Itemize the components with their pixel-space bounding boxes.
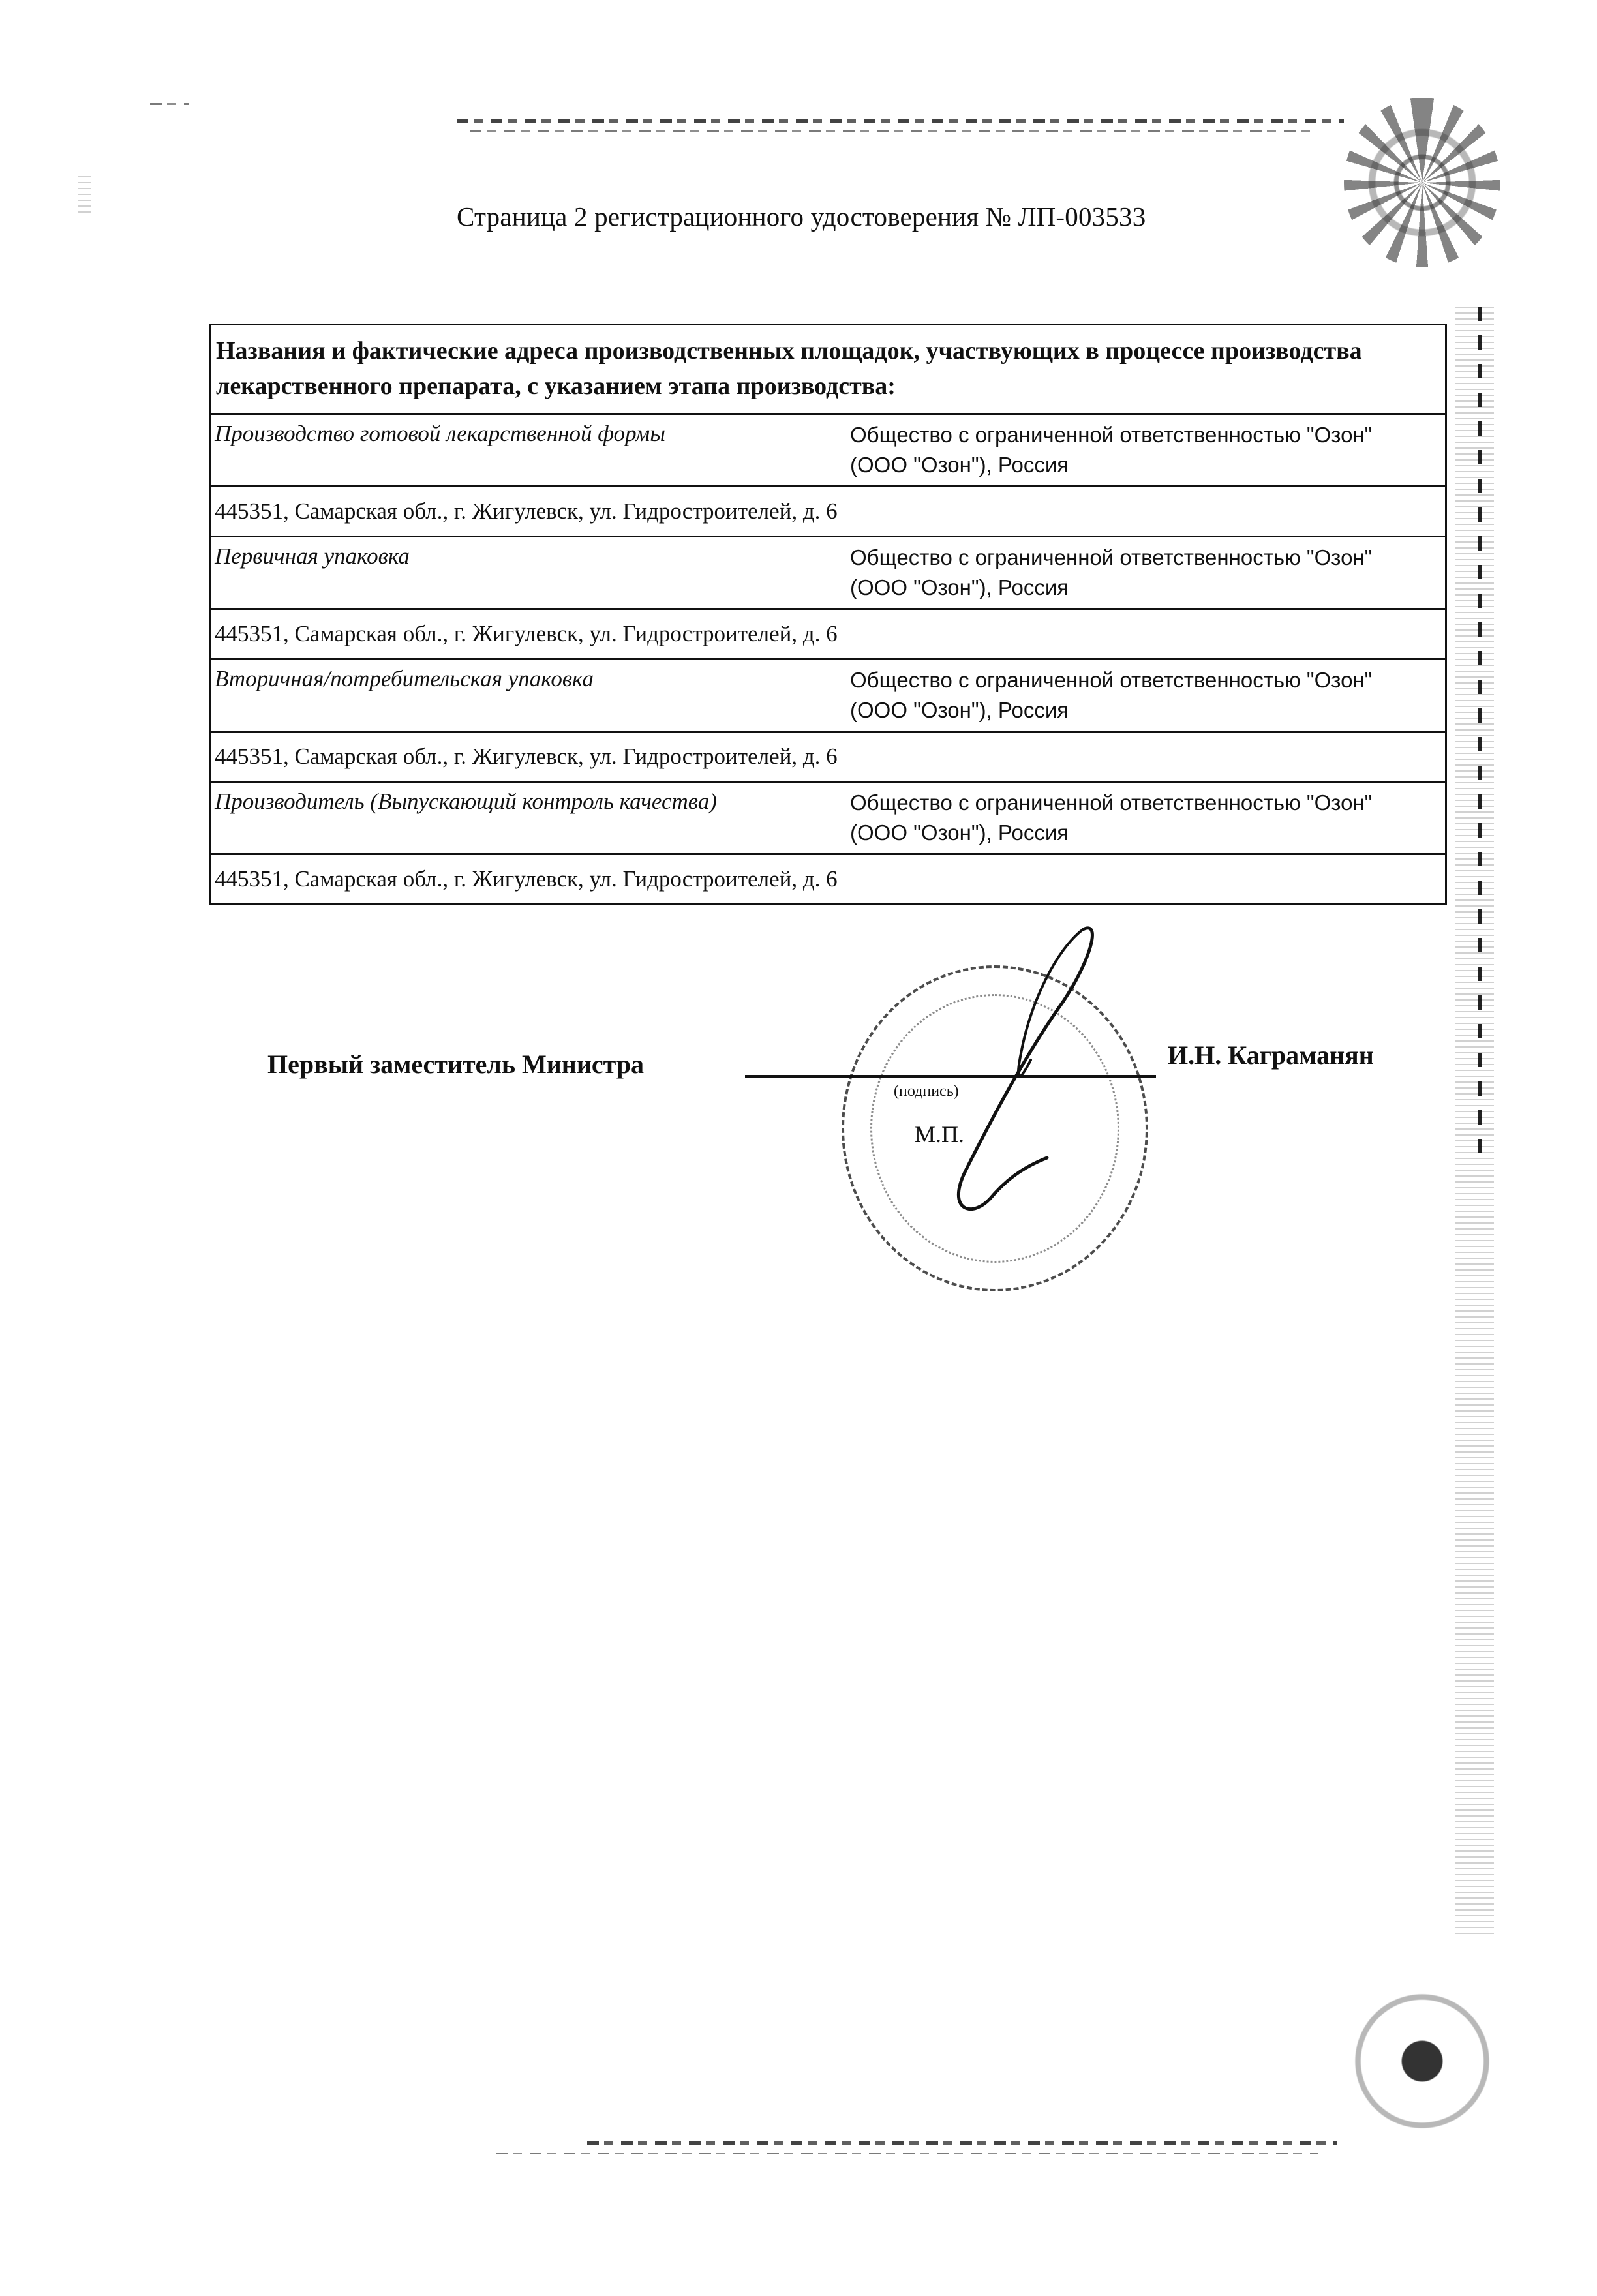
- stage-label: Производитель (Выпускающий контроль каче…: [210, 782, 848, 854]
- company-name: Общество с ограниченной ответственностью…: [850, 665, 1440, 695]
- company-short-name: (ООО "Озон"), Россия: [850, 573, 1440, 603]
- site-address: 445351, Самарская обл., г. Жигулевск, ул…: [210, 732, 1446, 782]
- table-row-address: 445351, Самарская обл., г. Жигулевск, ул…: [210, 732, 1446, 782]
- stage-label: Производство готовой лекарственной формы: [210, 414, 848, 487]
- stage-label: Первичная упаковка: [210, 537, 848, 609]
- signatory-position: Первый заместитель Министра: [267, 1049, 644, 1080]
- company-name: Общество с ограниченной ответственностью…: [850, 543, 1440, 573]
- table-row-address: 445351, Самарская обл., г. Жигулевск, ул…: [210, 609, 1446, 659]
- site-address: 445351, Самарская обл., г. Жигулевск, ул…: [210, 854, 1446, 905]
- table-row-stage: Первичная упаковка Общество с ограниченн…: [210, 537, 1446, 609]
- company-name: Общество с ограниченной ответственностью…: [850, 788, 1440, 818]
- stage-label: Вторичная/потребительская упаковка: [210, 659, 848, 732]
- table-row-address: 445351, Самарская обл., г. Жигулевск, ул…: [210, 854, 1446, 905]
- page-title: Страница 2 регистрационного удостоверени…: [0, 201, 1597, 232]
- scan-artifact-bottom: [587, 2141, 1337, 2145]
- company-short-name: (ООО "Озон"), Россия: [850, 450, 1440, 480]
- table-row-stage: Производитель (Выпускающий контроль каче…: [210, 782, 1446, 854]
- table-row-stage: Вторичная/потребительская упаковка Общес…: [210, 659, 1446, 732]
- table-title: Названия и фактические адреса производст…: [210, 325, 1446, 414]
- handwritten-signature-icon: [868, 923, 1142, 1223]
- table-row-address: 445351, Самарская обл., г. Жигулевск, ул…: [210, 487, 1446, 537]
- company-cell: Общество с ограниченной ответственностью…: [847, 414, 1446, 487]
- signature-line: [745, 1075, 1156, 1078]
- scan-artifact-top-left: [150, 103, 189, 105]
- round-seal-dot-icon: [1344, 1983, 1500, 2139]
- signatory-name: И.Н. Каграманян: [1168, 1040, 1374, 1070]
- signature-caption: (подпись): [894, 1083, 959, 1100]
- scan-artifact-top-2: [470, 130, 1318, 132]
- signature-block: Первый заместитель Министра (подпись) М.…: [0, 1037, 1597, 1311]
- production-sites-table: Названия и фактические адреса производст…: [209, 324, 1447, 905]
- scan-artifact-bottom-2: [496, 2152, 1318, 2154]
- site-address: 445351, Самарская обл., г. Жигулевск, ул…: [210, 487, 1446, 537]
- company-cell: Общество с ограниченной ответственностью…: [847, 537, 1446, 609]
- company-short-name: (ООО "Озон"), Россия: [850, 818, 1440, 848]
- scan-artifact-top: [457, 119, 1344, 123]
- company-short-name: (ООО "Озон"), Россия: [850, 695, 1440, 725]
- seal-place-label: М.П.: [915, 1121, 964, 1148]
- table-row-stage: Производство готовой лекарственной формы…: [210, 414, 1446, 487]
- company-name: Общество с ограниченной ответственностью…: [850, 420, 1440, 450]
- ornamental-rosette-stamp-icon: [1344, 98, 1500, 267]
- table-title-row: Названия и фактические адреса производст…: [210, 325, 1446, 414]
- company-cell: Общество с ограниченной ответственностью…: [847, 659, 1446, 732]
- company-cell: Общество с ограниченной ответственностью…: [847, 782, 1446, 854]
- site-address: 445351, Самарская обл., г. Жигулевск, ул…: [210, 609, 1446, 659]
